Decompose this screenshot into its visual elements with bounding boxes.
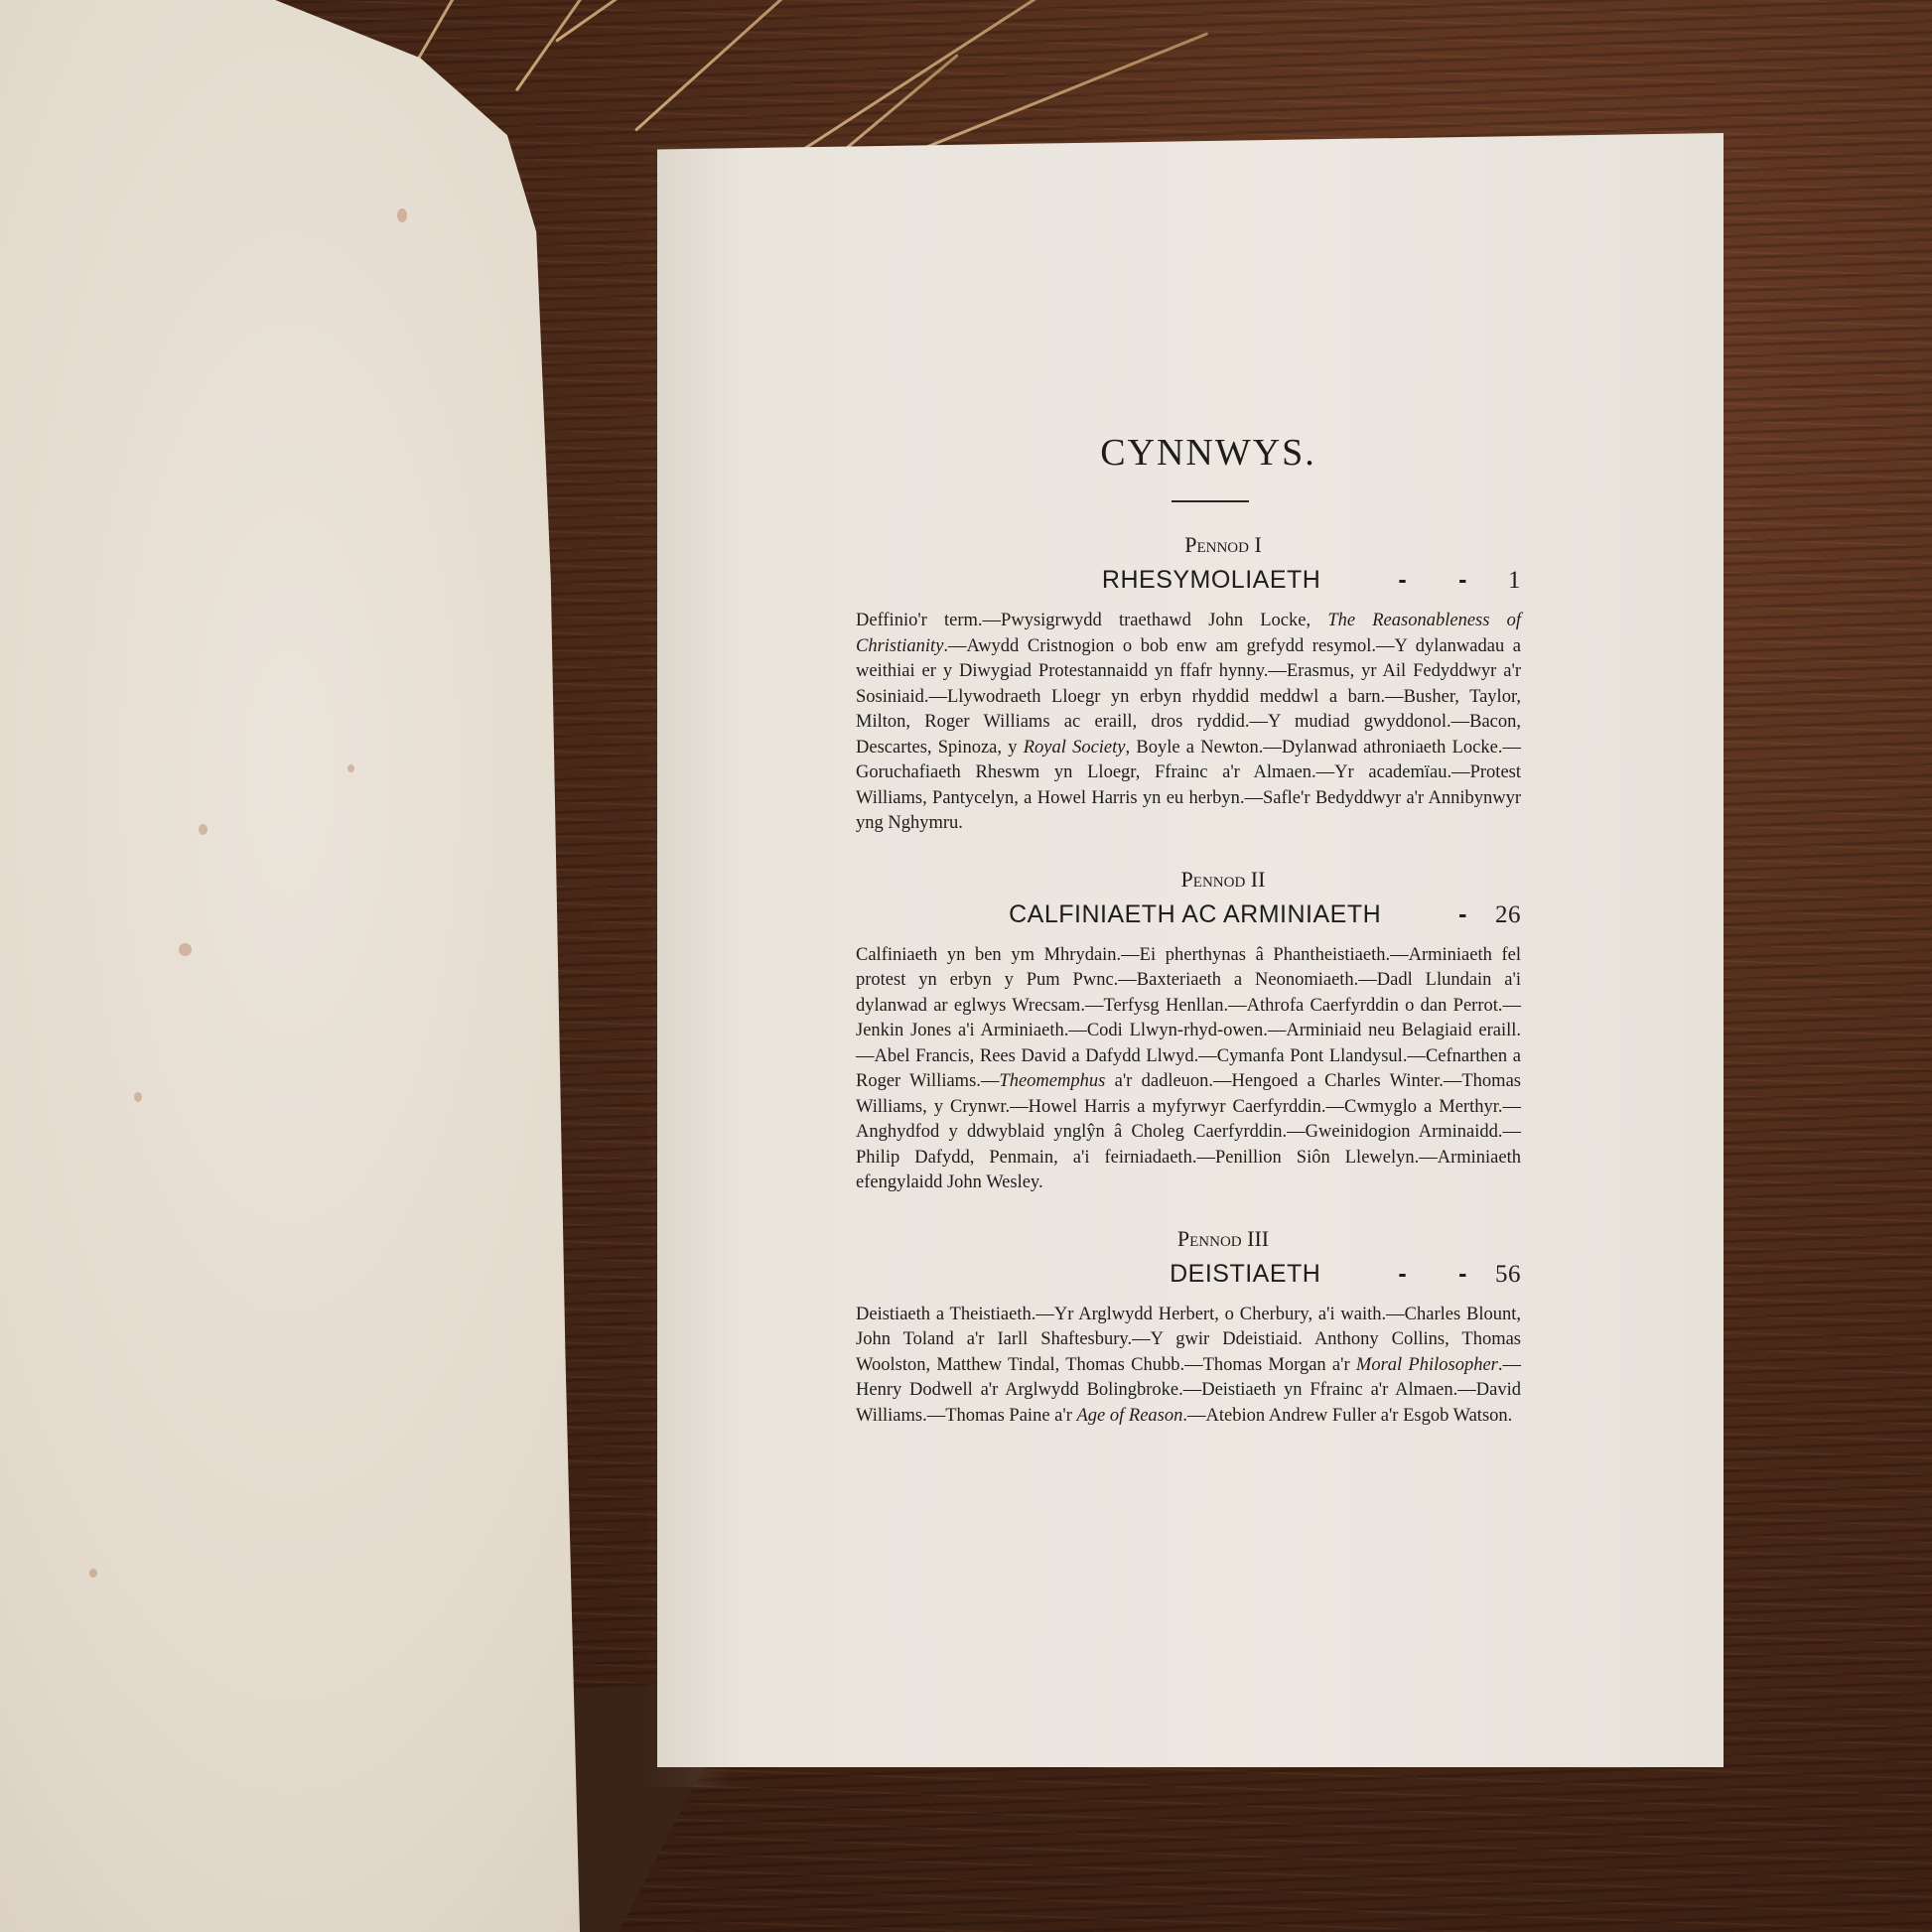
leader-dashes: -- (1372, 1260, 1493, 1289)
leader-dashes: -- (1372, 566, 1493, 595)
chapter-page-number: 26 (1493, 901, 1521, 929)
foxing-spot (134, 1092, 142, 1102)
leader-dash: - (1458, 900, 1467, 928)
summary-text: .—Atebion Andrew Fuller a'r Esgob Watson… (1182, 1406, 1512, 1426)
leader-dash: - (1398, 1260, 1407, 1288)
chapter-summary: Deistiaeth a Theistiaeth.—Yr Arglwydd He… (856, 1303, 1521, 1430)
chapter-summary: Deffinio'r term.—Pwysigrwydd traethawd J… (856, 609, 1521, 837)
leader-dash: - (1458, 566, 1467, 594)
chapter-label: Pennod III (925, 1226, 1521, 1252)
leader-dash: - (1398, 566, 1407, 594)
italic-title: Theomemphus (999, 1071, 1105, 1091)
chapter-heading: CALFINIAETH AC ARMINIAETH (1009, 900, 1381, 929)
summary-text: Deffinio'r term.—Pwysigrwydd traethawd J… (856, 611, 1327, 630)
italic-title: Age of Reason (1077, 1406, 1183, 1426)
chapter-page-number: 56 (1493, 1261, 1521, 1289)
italic-title: Moral Philosopher (1356, 1355, 1498, 1375)
foxing-spot (397, 208, 407, 222)
chapter-heading-row: DEISTIAETH -- 56 (856, 1260, 1521, 1289)
foxing-spot (179, 943, 192, 956)
right-page: CYNNWYS. Pennod I RHESYMOLIAETH -- 1 Def… (657, 133, 1724, 1767)
page-title: CYNNWYS. (896, 431, 1521, 475)
leader-dash: - (1458, 1260, 1467, 1288)
chapter-entry: Pennod II CALFINIAETH AC ARMINIAETH - 26… (856, 867, 1521, 1196)
foxing-spot (347, 764, 354, 772)
chapter-summary: Calfiniaeth yn ben ym Mhrydain.—Ei phert… (856, 943, 1521, 1196)
leader-dashes: - (1433, 900, 1493, 929)
chapter-label: Pennod I (925, 532, 1521, 558)
chapter-heading: DEISTIAETH (1170, 1260, 1320, 1289)
chapter-heading-row: RHESYMOLIAETH -- 1 (856, 566, 1521, 595)
italic-title: Royal Society (1024, 738, 1126, 758)
chapter-entry: Pennod I RHESYMOLIAETH -- 1 Deffinio'r t… (856, 532, 1521, 837)
chapter-entry: Pennod III DEISTIAETH -- 56 Deistiaeth a… (856, 1226, 1521, 1430)
foxing-spot (89, 1569, 97, 1578)
summary-text: Calfiniaeth yn ben ym Mhrydain.—Ei phert… (856, 945, 1521, 1092)
table-of-contents: CYNNWYS. Pennod I RHESYMOLIAETH -- 1 Def… (856, 431, 1521, 1458)
chapter-list: Pennod I RHESYMOLIAETH -- 1 Deffinio'r t… (856, 532, 1521, 1429)
chapter-label: Pennod II (925, 867, 1521, 893)
chapter-heading: RHESYMOLIAETH (1102, 566, 1320, 595)
foxing-spot (199, 824, 207, 835)
chapter-heading-row: CALFINIAETH AC ARMINIAETH - 26 (856, 900, 1521, 929)
title-rule (1172, 500, 1249, 502)
chapter-page-number: 1 (1493, 567, 1521, 595)
